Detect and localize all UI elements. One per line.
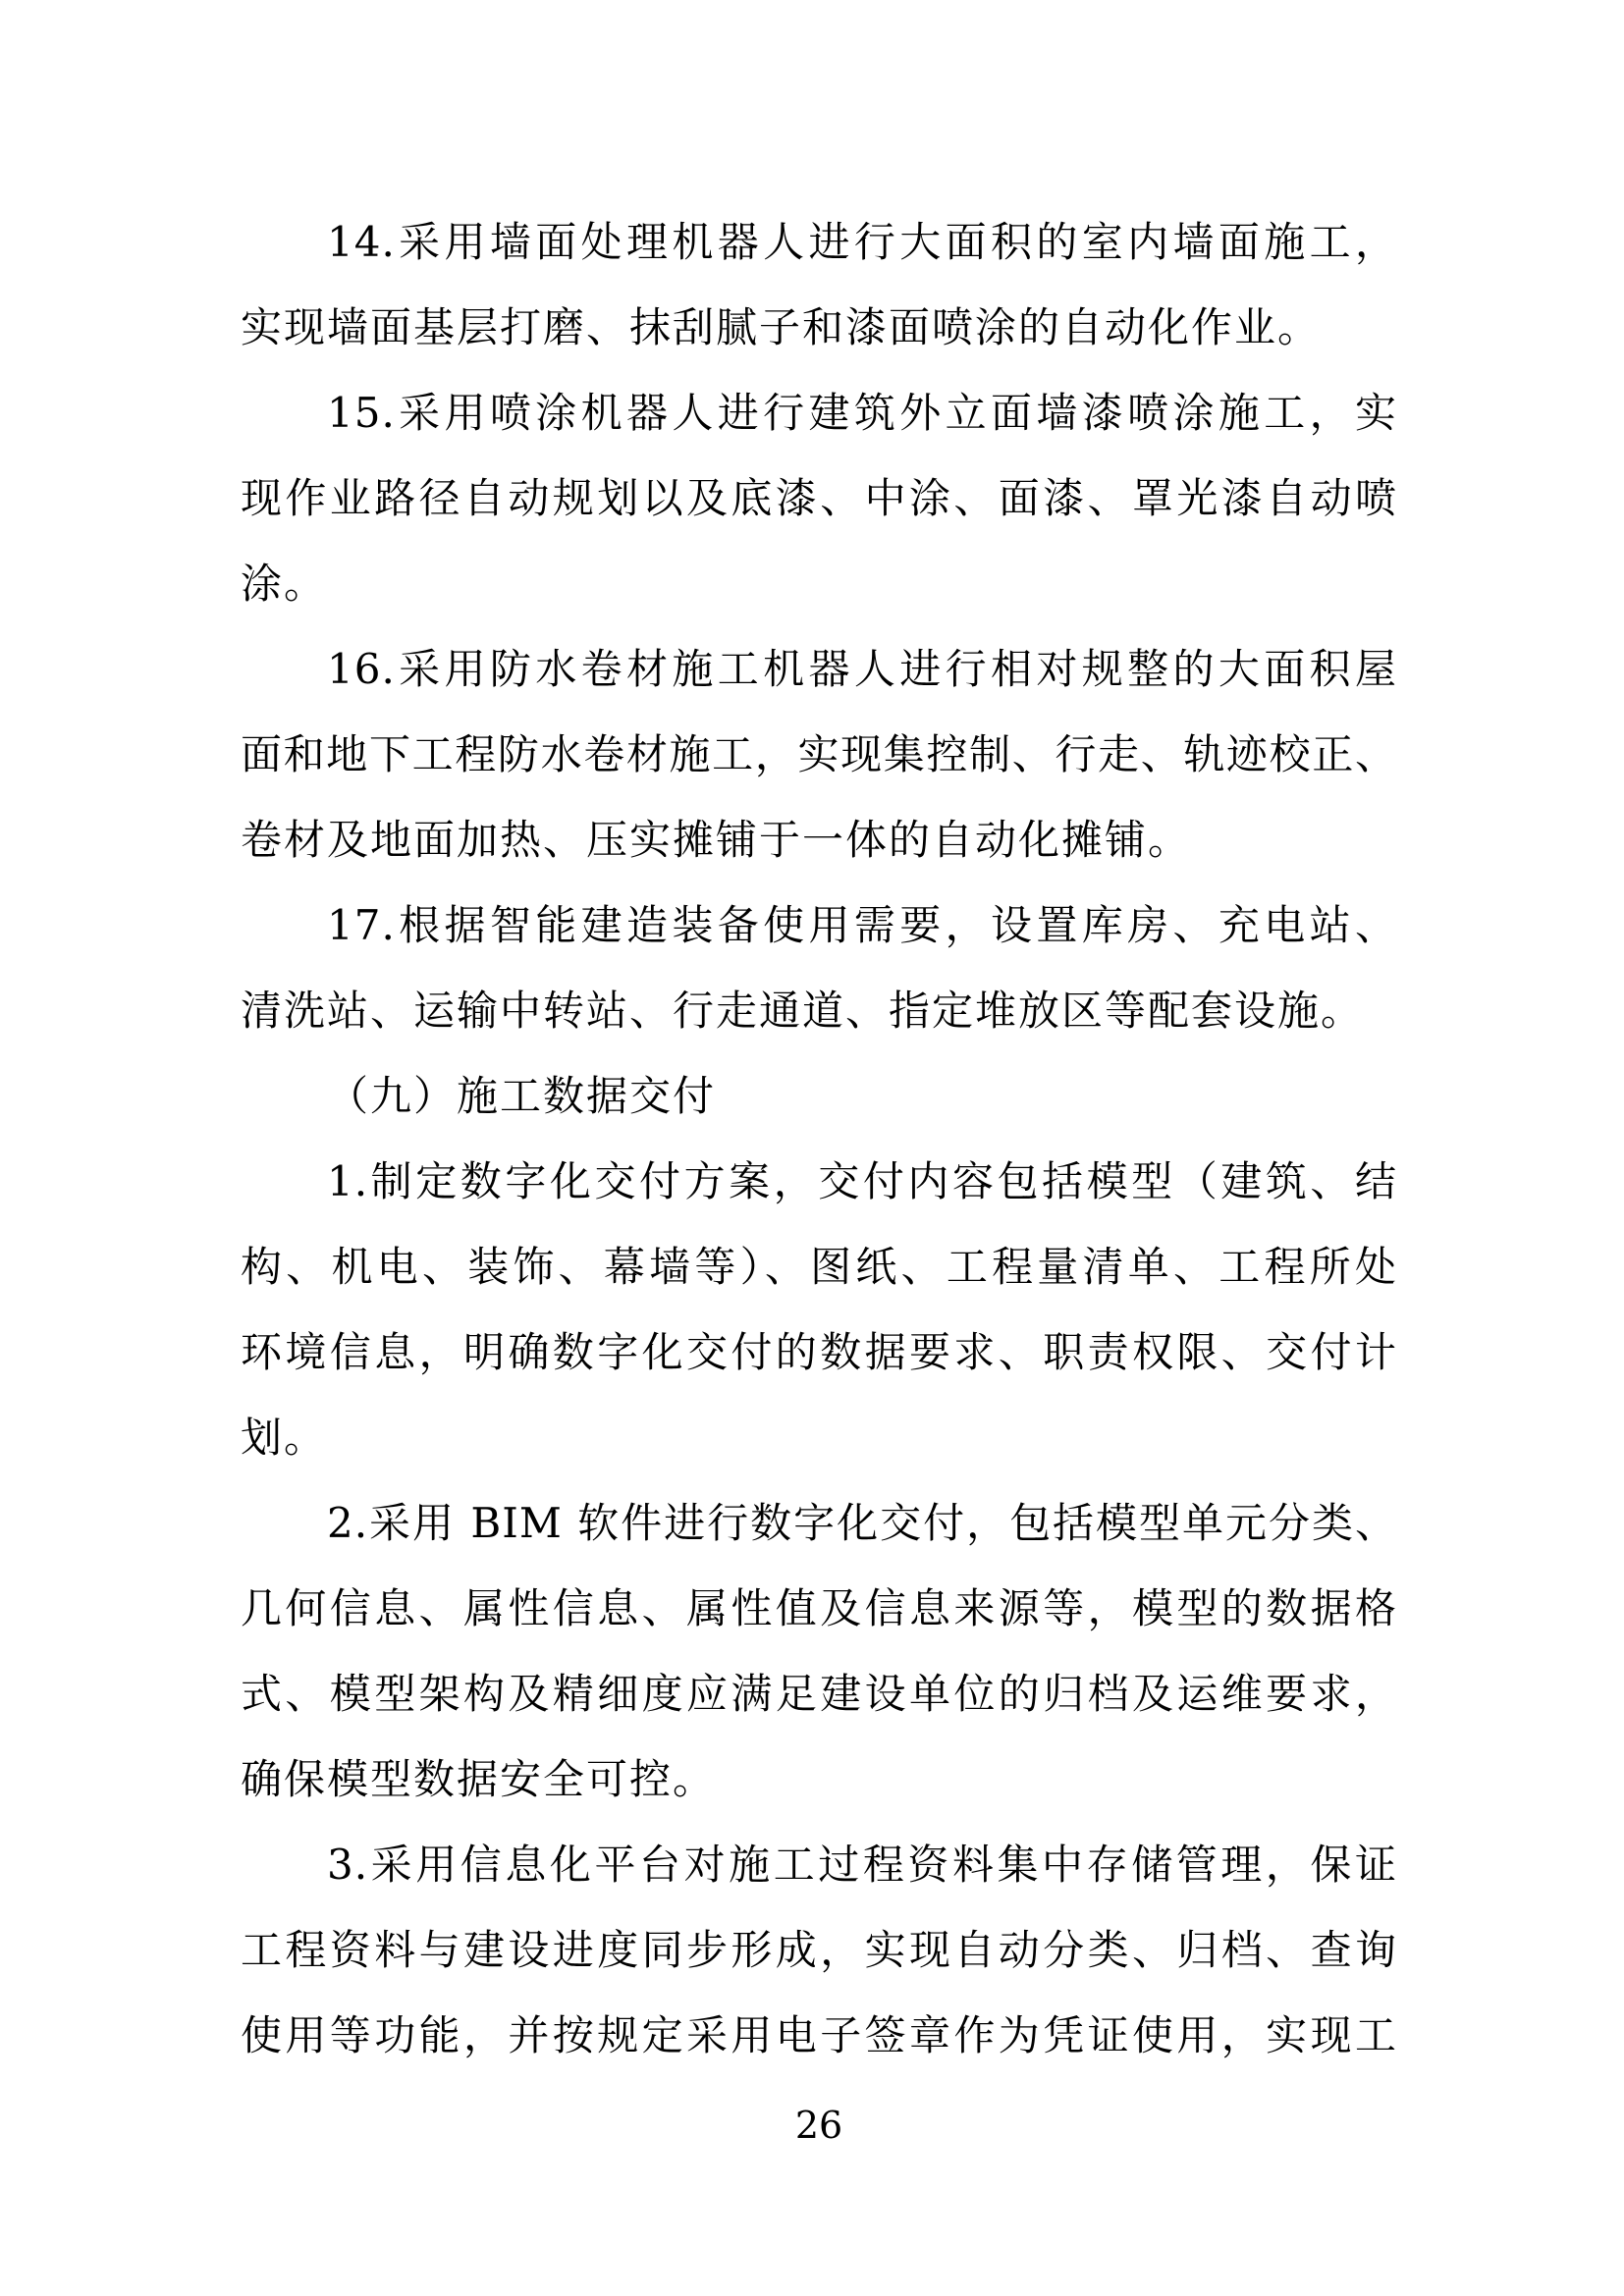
text-line: 环境信息，明确数字化交付的数据要求、职责权限、交付计	[241, 1309, 1397, 1395]
section-heading: （九）施工数据交付	[241, 1053, 1397, 1139]
text-line: 3.采用信息化平台对施工过程资料集中存储管理，保证	[241, 1822, 1397, 1907]
text-line: 实现墙面基层打磨、抹刮腻子和漆面喷涂的自动化作业。	[241, 285, 1397, 370]
document-page: 14.采用墙面处理机器人进行大面积的室内墙面施工，实现墙面基层打磨、抹刮腻子和漆…	[0, 0, 1624, 2296]
text-line: 几何信息、属性信息、属性值及信息来源等，模型的数据格	[241, 1566, 1397, 1651]
text-line: 清洗站、运输中转站、行走通道、指定堆放区等配套设施。	[241, 968, 1397, 1053]
text-line: 划。	[241, 1395, 1397, 1480]
text-line: 16.采用防水卷材施工机器人进行相对规整的大面积屋	[241, 626, 1397, 712]
text-line: 构、机电、装饰、幕墙等）、图纸、工程量清单、工程所处	[241, 1224, 1397, 1309]
text-line: 工程资料与建设进度同步形成，实现自动分类、归档、查询	[241, 1907, 1397, 1993]
page-number: 26	[241, 2101, 1397, 2150]
text-line: 确保模型数据安全可控。	[241, 1736, 1397, 1822]
text-line: 现作业路径自动规划以及底漆、中涂、面漆、罩光漆自动喷	[241, 455, 1397, 541]
document-body-text: 14.采用墙面处理机器人进行大面积的室内墙面施工，实现墙面基层打磨、抹刮腻子和漆…	[241, 199, 1397, 2078]
text-line: 式、模型架构及精细度应满足建设单位的归档及运维要求，	[241, 1651, 1397, 1736]
text-line: 15.采用喷涂机器人进行建筑外立面墙漆喷涂施工，实	[241, 370, 1397, 455]
text-line: 面和地下工程防水卷材施工，实现集控制、行走、轨迹校正、	[241, 712, 1397, 797]
text-line: 卷材及地面加热、压实摊铺于一体的自动化摊铺。	[241, 797, 1397, 882]
text-line: 1.制定数字化交付方案，交付内容包括模型（建筑、结	[241, 1139, 1397, 1224]
text-line: 涂。	[241, 541, 1397, 626]
text-line: 17.根据智能建造装备使用需要，设置库房、充电站、	[241, 882, 1397, 968]
text-line: 2.采用 BIM 软件进行数字化交付，包括模型单元分类、	[241, 1480, 1397, 1566]
text-line: 14.采用墙面处理机器人进行大面积的室内墙面施工，	[241, 199, 1397, 285]
text-line: 使用等功能，并按规定采用电子签章作为凭证使用，实现工	[241, 1993, 1397, 2078]
